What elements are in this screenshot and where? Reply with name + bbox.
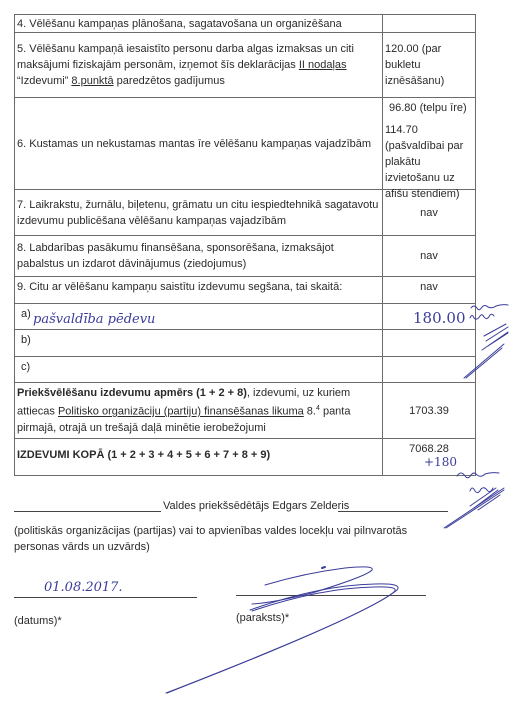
signature-line: [236, 595, 426, 596]
handwritten-description: pašvaldība pēdevu: [33, 312, 155, 327]
signature-caption: (paraksts)*: [236, 610, 289, 626]
row-9-value: nav: [383, 277, 475, 303]
row-9c-value: [383, 357, 475, 382]
row-5-value: 120.00 (par bukletu iznēsāšanu): [383, 33, 475, 97]
total-label: IZDEVUMI KOPĀ (1 + 2 + 3 + 4 + 5 + 6 + 7…: [15, 439, 383, 475]
row-7-value: nav: [383, 190, 475, 235]
table-row: Priekšvēlēšanu izdevumu apmērs (1 + 2 + …: [15, 383, 475, 439]
expenses-table: 4. Vēlēšanu kampaņas plānošana, sagatavo…: [14, 14, 476, 476]
handwritten-total-addition: +180: [424, 455, 457, 469]
row-8-label: 8. Labdarības pasākumu finansēšana, spon…: [15, 236, 383, 276]
row-6-value: 96.80 (telpu īre) 114.70 (pašvaldībai pa…: [383, 98, 475, 189]
table-row: 6. Kustamas un nekustamas mantas īre vēl…: [15, 98, 475, 190]
row-9c-label: c): [15, 357, 383, 382]
table-row: 4. Vēlēšanu kampaņas plānošana, sagatavo…: [15, 15, 475, 33]
table-row: 7. Laikrakstu, žurnālu, biļetenu, grāmat…: [15, 190, 475, 236]
table-row: 5. Vēlēšanu kampaņā iesaistīto personu d…: [15, 33, 475, 98]
row-9-label: 9. Citu ar vēlēšanu kampaņu saistītu izd…: [15, 277, 383, 303]
date-caption: (datums)*: [14, 613, 62, 629]
row-5-label: 5. Vēlēšanu kampaņā iesaistīto personu d…: [15, 33, 383, 97]
pre-election-value: 1703.39: [383, 383, 475, 438]
link-party-financing-law: Politisko organizāciju (partiju) finansē…: [58, 406, 304, 418]
table-row: 9. Citu ar vēlēšanu kampaņu saistītu izd…: [15, 277, 475, 304]
name-line-left: [14, 511, 161, 512]
row-7-label: 7. Laikrakstu, žurnālu, biļetenu, grāmat…: [15, 190, 383, 235]
date-line: [14, 597, 197, 598]
row-4-value: [383, 15, 475, 32]
row-4-label: 4. Vēlēšanu kampaņas plānošana, sagatavo…: [15, 15, 383, 32]
link-point-8: 8.punktā: [71, 75, 113, 87]
row-6-label: 6. Kustamas un nekustamas mantas īre vēl…: [15, 98, 383, 189]
link-chapter-ii: II nodaļas: [299, 59, 347, 71]
table-row: b): [15, 330, 475, 357]
row-9b-value: [383, 330, 475, 356]
row-9b-label: b): [15, 330, 383, 356]
board-chairman-line: Valdes priekšsēdētājs Edgars Zelderis: [163, 498, 349, 514]
name-caption: (politiskās organizācijas (partijas) vai…: [14, 523, 454, 555]
name-line-right: [338, 511, 448, 512]
table-row: c): [15, 357, 475, 383]
table-row: IZDEVUMI KOPĀ (1 + 2 + 3 + 4 + 5 + 6 + 7…: [15, 439, 475, 475]
handwritten-date: 01.08.2017.: [44, 580, 123, 595]
table-row: a) pašvaldība pēdevu 180.00: [15, 304, 475, 330]
handwritten-amount: 180.00: [413, 309, 466, 327]
row-8-value: nav: [383, 236, 475, 276]
pre-election-label: Priekšvēlēšanu izdevumu apmērs (1 + 2 + …: [15, 383, 383, 438]
table-row: 8. Labdarības pasākumu finansēšana, spon…: [15, 236, 475, 277]
